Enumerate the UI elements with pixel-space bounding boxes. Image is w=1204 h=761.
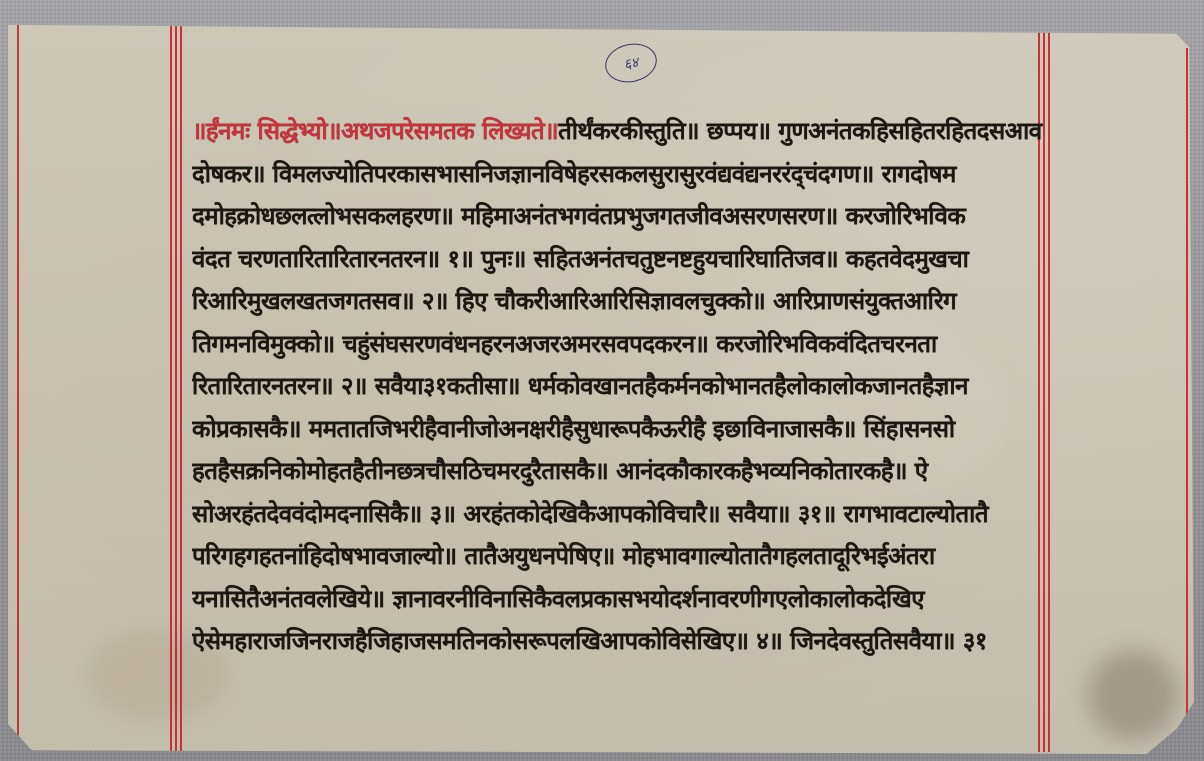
body-text: हतहैसक्रनिकोमोहतहैतीनछत्रचौसठिचमरदुरैतास… (192, 457, 928, 485)
right-inner-margin-rule (1048, 32, 1050, 752)
text-line: यनासितैअनंतवलेखिये॥ ज्ञानावरनीविनासिकैवल… (192, 578, 1044, 621)
manuscript-text-block: ॥र्हंनमः सिद्धेभ्यो॥अथजपरेसमतक लिख्यते॥त… (192, 110, 1044, 663)
text-line: ऐसेमहाराजजिनराजहैजिहाजसमतिनकोसरूपलखिआपको… (192, 620, 1044, 663)
right-outer-margin-rule (1186, 48, 1188, 728)
text-line: दमोहक्रोधछलत्लोभसकलहरण॥ महिमाअनंतभगवंतप्… (192, 195, 1044, 238)
text-line: दोषकर॥ विमलज्योतिपरकासभासनिजज्ञानविषेहरस… (192, 153, 1044, 196)
body-text: तिगमनविमुक्को॥ चहुंसंघसरणवंधनहरनअजरअमरसव… (192, 330, 937, 358)
text-line: तिगमनविमुक्को॥ चहुंसंघसरणवंधनहरनअजरअमरसव… (192, 323, 1044, 366)
body-text: रिआरिमुखलखतजगतसव॥ २॥ हिए चौकरीआरिआरिसिज्… (192, 287, 956, 315)
body-text: यनासितैअनंतवलेखिये॥ ज्ञानावरनीविनासिकैवल… (192, 585, 924, 613)
left-inner-margin-rule (175, 10, 177, 754)
body-text: कोप्रकासकै॥ ममतातजिभरीहैवानीजोअनक्षरीहैस… (192, 415, 955, 443)
text-line: कोप्रकासकै॥ ममतातजिभरीहैवानीजोअनक्षरीहैस… (192, 408, 1044, 451)
body-text: दमोहक्रोधछलत्लोभसकलहरण॥ महिमाअनंतभगवंतप्… (192, 202, 965, 230)
text-line: रिआरिमुखलखतजगतसव॥ २॥ हिए चौकरीआरिआरिसिज्… (192, 280, 1044, 323)
folio-number-text: ६४ (622, 52, 640, 74)
rubric-text: ॥र्हंनमः सिद्धेभ्यो॥अथजपरेसमतक लिख्यते॥ (192, 117, 558, 145)
left-inner-margin-rule (180, 10, 182, 754)
text-line: वंदत चरणतारितारितारनतरन॥ १॥ पुनः॥ सहितअन… (192, 238, 1044, 281)
body-text: परिगहगहतनांहिदोषभावजाल्यो॥ तातैअयुधनपेषि… (192, 542, 935, 570)
text-line: ॥र्हंनमः सिद्धेभ्यो॥अथजपरेसमतक लिख्यते॥त… (192, 110, 1044, 153)
left-inner-margin-rule (170, 10, 172, 754)
folio-number: ६४ (602, 39, 661, 87)
text-line: सोअरहंतदेववंदोमदनासिकै॥ ३॥ अरहंतकोदेखिकै… (192, 493, 1044, 536)
text-line: परिगहगहतनांहिदोषभावजाल्यो॥ तातैअयुधनपेषि… (192, 535, 1044, 578)
text-line: हतहैसक्रनिकोमोहतहैतीनछत्रचौसठिचमरदुरैतास… (192, 450, 1044, 493)
body-text: तीर्थंकरकीस्तुति॥ छप्पय॥ गुणअनंतकहिसहितर… (558, 117, 1042, 145)
paper-stain (1088, 650, 1178, 740)
body-text: ऐसेमहाराजजिनराजहैजिहाजसमतिनकोसरूपलखिआपको… (192, 627, 987, 655)
body-text: रितारितारनतरन॥ २॥ सवैया३१कतीसा॥ धर्मकोवख… (192, 372, 968, 400)
body-text: वंदत चरणतारितारितारनतरन॥ १॥ पुनः॥ सहितअन… (192, 245, 968, 273)
body-text: दोषकर॥ विमलज्योतिपरकासभासनिजज्ञानविषेहरस… (192, 160, 956, 188)
text-line: रितारितारनतरन॥ २॥ सवैया३१कतीसा॥ धर्मकोवख… (192, 365, 1044, 408)
body-text: सोअरहंतदेववंदोमदनासिकै॥ ३॥ अरहंतकोदेखिकै… (192, 500, 988, 528)
manuscript-folio: ६४ ॥र्हंनमः सिद्धेभ्यो॥अथजपरेसमतक लिख्यत… (8, 10, 1194, 754)
left-outer-margin-rule (17, 18, 19, 748)
